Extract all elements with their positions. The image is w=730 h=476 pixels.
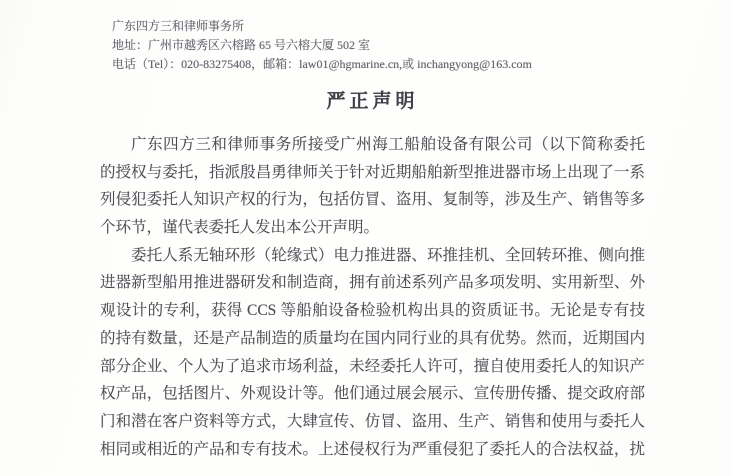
body-line: 的授权与委托，指派殷昌勇律师关于针对近期船舶新型推进器市场上出现了一系 bbox=[100, 159, 645, 187]
letterhead: 广东四方三和律师事务所 地址：广州市越秀区六榕路 65 号六榕大厦 502 室 … bbox=[112, 17, 532, 74]
body-line: 进器新型船用推进器研发和制造商，拥有前述系列产品多项发明、实用新型、外 bbox=[100, 269, 645, 297]
body-line: 的持有数量，还是产品制造的质量均在国内同行业的具有优势。然而，近期国内 bbox=[100, 325, 645, 353]
body-line: 列侵犯委托人知识产权的行为，包括仿冒、盗用、复制等，涉及生产、销售等多 bbox=[100, 186, 645, 214]
document-body: 广东四方三和律师事务所接受广州海工船舶设备有限公司（以下简称委托人） 的授权与委… bbox=[100, 131, 645, 463]
body-line: 广东四方三和律师事务所接受广州海工船舶设备有限公司（以下简称委托人） bbox=[100, 131, 645, 159]
paragraph-2: 委托人系无轴环形（轮缘式）电力推进器、环推挂机、全回转环推、侧向推 进器新型船用… bbox=[100, 242, 645, 464]
body-line: 委托人系无轴环形（轮缘式）电力推进器、环推挂机、全回转环推、侧向推 bbox=[100, 242, 645, 270]
body-line: 相同或相近的产品和专有技术。上述侵权行为严重侵犯了委托人的合法权益，扰 bbox=[100, 436, 645, 464]
document-title: 严正声明 bbox=[100, 89, 645, 115]
firm-name: 广东四方三和律师事务所 bbox=[112, 17, 532, 36]
body-line: 个环节，谨代表委托人发出本公开声明。 bbox=[100, 214, 645, 242]
body-line: 权产品，包括图片、外观设计等。他们通过展会展示、宣传册传播、提交政府部 bbox=[100, 380, 645, 408]
paragraph-1: 广东四方三和律师事务所接受广州海工船舶设备有限公司（以下简称委托人） 的授权与委… bbox=[100, 131, 645, 242]
body-line: 门和潜在客户资料等方式，大肆宣传、仿冒、盗用、生产、销售和使用与委托人 bbox=[100, 408, 645, 436]
scanned-document-page: 广东四方三和律师事务所 地址：广州市越秀区六榕路 65 号六榕大厦 502 室 … bbox=[0, 0, 730, 476]
firm-address: 地址：广州市越秀区六榕路 65 号六榕大厦 502 室 bbox=[112, 36, 532, 55]
body-line: 观设计的专利，获得 CCS 等船舶设备检验机构出具的资质证书。无论是专有技术 bbox=[100, 297, 645, 325]
body-line: 部分企业、个人为了追求市场利益，未经委托人许可，擅自使用委托人的知识产 bbox=[100, 353, 645, 381]
firm-contact: 电话（Tel）：020-83275408，邮箱：law01@hgmarine.c… bbox=[112, 55, 532, 74]
